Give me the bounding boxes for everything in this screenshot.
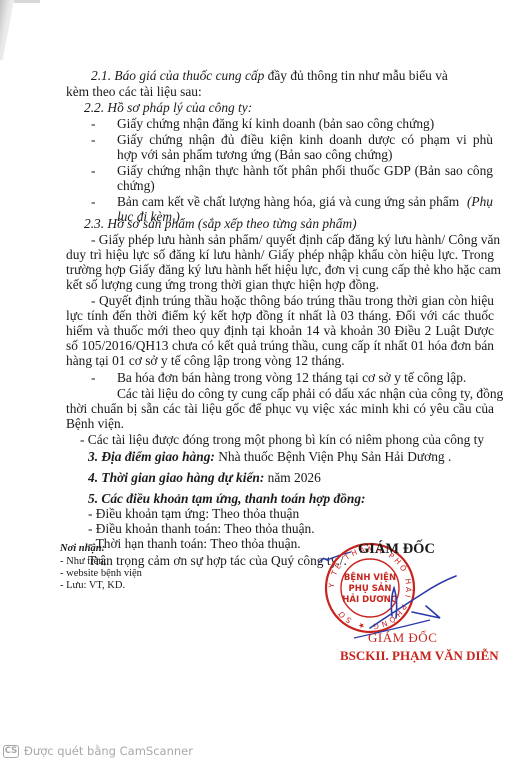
bullet-dash: -	[91, 132, 95, 147]
section-3-label: 3. Địa điểm giao hàng:	[88, 449, 215, 464]
recipient-item: - Như trên;	[60, 556, 107, 568]
legal-item-4-text: Bản cam kết về chất lượng hàng hóa, giá …	[117, 194, 459, 209]
product-para2-line3: hiếm và thuốc mới theo quy định tại khoả…	[66, 323, 494, 338]
product-para2-line2: lực tính đến thời điểm ký kết hợp đồng í…	[66, 308, 494, 323]
bullet-dash: -	[91, 163, 95, 178]
legal-item-3-line2: chứng)	[117, 178, 155, 193]
section-4-line: 4. Thời gian giao hàng dự kiến: năm 2026	[88, 470, 321, 485]
section-2-1-text: đầy đủ thông tin như mẫu biểu và	[264, 68, 448, 83]
product-para1-line1: - Giấy phép lưu hành sản phẩm/ quyết địn…	[91, 232, 494, 247]
section-2-3-heading: 2.3. Hồ sơ sản phẩm (sắp xếp theo từng s…	[84, 216, 357, 231]
legal-item-2-line1: Giấy chứng nhận đủ điều kiện kinh doanh …	[117, 132, 493, 147]
bullet-dash: -	[91, 194, 95, 209]
signer-name: BSCKII. PHẠM VĂN DIỄN	[340, 648, 499, 664]
watermark-text: Được quét bằng CamScanner	[24, 744, 193, 758]
section-3-line: 3. Địa điểm giao hàng: Nhà thuốc Bệnh Vi…	[88, 449, 451, 464]
payment-term-deadline: - Thời hạn thanh toán: Theo thỏa thuận.	[88, 536, 301, 551]
legal-item-2-line2: hợp với sản phẩm tương ứng (Bản sao công…	[117, 147, 392, 162]
payment-term-payment: - Điều khoản thanh toán: Theo thỏa thuận…	[88, 521, 315, 536]
recipient-item: - website bệnh viện	[60, 568, 142, 580]
product-para2-line4: số 105/2016/QH13 chưa có kết quả trúng t…	[66, 338, 494, 353]
sealed-envelope-note: - Các tài liệu được đóng trong một phong…	[80, 432, 484, 447]
product-para2-line5: hàng tại 01 cơ sở y tế công lập trong vò…	[66, 353, 345, 368]
recipients-heading: Nơi nhận:	[60, 543, 105, 555]
camscanner-logo-icon: CS	[3, 745, 19, 758]
signature-title: GIÁM ĐỐC	[358, 541, 435, 558]
product-para1-line3: trường hợp Giấy đăng ký lưu hành hết hiệ…	[66, 262, 494, 277]
product-para2-line1: - Quyết định trúng thầu hoặc thông báo t…	[91, 293, 494, 308]
legal-item-4-line1: Bản cam kết về chất lượng hàng hóa, giá …	[117, 194, 493, 209]
product-para1-line2: duy trì hiệu lực số đăng kí lưu hành/ Gi…	[66, 247, 494, 262]
section-2-1-lead: 2.1. Báo giá của thuốc cung cấp	[91, 68, 264, 83]
product-para3-line3: Bệnh viện.	[66, 416, 124, 431]
legal-item-1: Giấy chứng nhận đăng kí kinh doanh (bản …	[117, 116, 434, 131]
recipient-item: - Lưu: VT, KD.	[60, 580, 125, 592]
closing-line: Trân trọng cảm ơn sự hợp tác của Quý côn…	[88, 553, 347, 568]
section-2-1-line2: kèm theo các tài liệu sau:	[66, 84, 202, 99]
handwritten-signature-icon	[340, 560, 460, 640]
payment-term-advance: - Điều khoản tạm ứng: Theo thỏa thuận	[88, 506, 299, 521]
bullet-dash: -	[91, 116, 95, 131]
product-para3-line2: thời chuẩn bị sẵn các tài liệu gốc để ph…	[66, 401, 494, 416]
section-4-value: năm 2026	[264, 470, 321, 485]
product-para1-line4: kết số lượng cung ứng trong thời gian th…	[66, 277, 379, 292]
camscanner-watermark: CS Được quét bằng CamScanner	[3, 744, 193, 758]
signer-position: GIÁM ĐỐC	[368, 630, 437, 646]
bullet-dash: -	[91, 370, 95, 385]
section-5-label: 5. Các điều khoản tạm ứng, thanh toán hợ…	[88, 491, 366, 506]
legal-item-4-italic: (Phụ	[467, 194, 493, 209]
section-4-label: 4. Thời gian giao hàng dự kiến:	[88, 470, 264, 485]
product-para3-line1: Các tài liệu do công ty cung cấp phải có…	[117, 386, 494, 401]
scanned-page-edge	[0, 0, 14, 60]
scanned-page-edge-top	[14, 0, 40, 3]
section-3-value: Nhà thuốc Bệnh Viện Phụ Sản Hải Dương .	[215, 449, 451, 464]
section-2-1-line1: 2.1. Báo giá của thuốc cung cấp đầy đủ t…	[91, 68, 448, 83]
section-2-2-heading: 2.2. Hồ sơ pháp lý của công ty:	[84, 100, 252, 115]
legal-item-3-line1: Giấy chứng nhận thực hành tốt phân phối …	[117, 163, 493, 178]
invoice-bullet: Ba hóa đơn bán hàng trong vòng 12 tháng …	[117, 370, 466, 385]
